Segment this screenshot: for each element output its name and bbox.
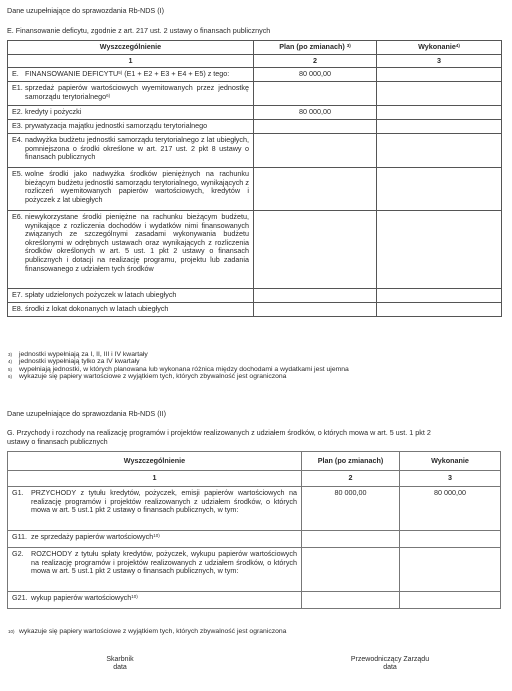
- row-text: PRZYCHODY z tytułu kredytów, pożyczek, e…: [31, 489, 297, 515]
- plan-value-cell: 80 000,00: [254, 68, 377, 82]
- row-code: G11.: [12, 533, 31, 542]
- plan-value-cell: [302, 592, 400, 609]
- footnote: 6)wykazuje się papiery wartościowe z wyj…: [8, 373, 286, 380]
- table-row: E4.nadwyżka budżetu jednostki samorządu …: [8, 134, 502, 168]
- table-row: E2.kredyty i pożyczki80 000,00: [8, 106, 502, 120]
- footnote-mark: 3): [8, 351, 19, 358]
- plan-value-cell: [254, 289, 377, 303]
- row-description-cell: E5.wolne środki jako nadwyżka środków pi…: [8, 168, 254, 211]
- column-header-description: Wyszczególnienie: [8, 452, 302, 471]
- footnote-mark: 4): [8, 358, 19, 365]
- row-code: E8.: [12, 305, 25, 314]
- execution-value-cell: [400, 592, 501, 609]
- plan-value-cell: 80 000,00: [302, 487, 400, 531]
- table-row: E8.środki z lokat dokonanych w latach ub…: [8, 303, 502, 317]
- signature-board-chairman: Przewodniczący Zarządu data: [330, 656, 450, 672]
- plan-value-cell: [254, 120, 377, 134]
- footnote-ref: 6): [106, 93, 110, 98]
- row-text: prywatyzacja majątku jednostki samorządu…: [25, 122, 249, 131]
- column-number-row: 1 2 3: [8, 471, 501, 487]
- table-row: G1.PRZYCHODY z tytułu kredytów, pożyczek…: [8, 487, 501, 531]
- footnote-ref: 10): [153, 533, 160, 538]
- row-label: E2.kredyty i pożyczki: [12, 106, 249, 118]
- row-code: E6.: [12, 213, 25, 273]
- plan-value-cell: [254, 211, 377, 289]
- section1-heading: Dane uzupełniające do sprawozdania Rb-ND…: [7, 6, 164, 15]
- row-description-cell: E7.spłaty udzielonych pożyczek w latach …: [8, 289, 254, 303]
- section2-heading: Dane uzupełniające do sprawozdania Rb-ND…: [7, 409, 166, 418]
- row-description-cell: E4.nadwyżka budżetu jednostki samorządu …: [8, 134, 254, 168]
- plan-value-cell: [254, 168, 377, 211]
- row-label: E5.wolne środki jako nadwyżka środków pi…: [12, 168, 249, 205]
- row-code: G1.: [12, 489, 31, 515]
- plan-value-cell: 80 000,00: [254, 106, 377, 120]
- footnote-ref: 10): [131, 594, 138, 599]
- row-description-cell: G1.PRZYCHODY z tytułu kredytów, pożyczek…: [8, 487, 302, 531]
- plan-value-cell: [254, 134, 377, 168]
- deficit-financing-table: Wyszczególnienie Plan (po zmianach) 3) W…: [7, 40, 502, 317]
- plan-value-cell: [302, 548, 400, 592]
- footnote: 10)wykazuje się papiery wartościowe z wy…: [8, 628, 286, 635]
- execution-value-cell: [377, 106, 502, 120]
- row-code: E2.: [12, 108, 25, 117]
- row-label: E6.niewykorzystane środki pieniężne na r…: [12, 211, 249, 274]
- footnote-mark: 10): [8, 628, 19, 635]
- table-row: E3.prywatyzacja majątku jednostki samorz…: [8, 120, 502, 134]
- row-code: G21.: [12, 594, 31, 603]
- column-header-execution: Wykonanie4): [377, 41, 502, 55]
- footnote-mark: 6): [8, 373, 19, 380]
- footnote: 4)jednostki wypełniają tylko za IV kwart…: [8, 358, 140, 365]
- row-text: wykup papierów wartościowych10): [31, 594, 297, 603]
- row-description-cell: E.FINANSOWANIE DEFICYTU5) (E1 + E2 + E3 …: [8, 68, 254, 82]
- signature-date-label: data: [80, 664, 160, 672]
- table-row: G11.ze sprzedaży papierów wartościowych1…: [8, 531, 501, 548]
- footnote-text: jednostki wypełniają tylko za IV kwartał…: [19, 358, 140, 365]
- row-label: E.FINANSOWANIE DEFICYTU5) (E1 + E2 + E3 …: [12, 68, 249, 80]
- row-description-cell: G11.ze sprzedaży papierów wartościowych1…: [8, 531, 302, 548]
- execution-value-cell: [377, 82, 502, 106]
- table-header-row: Wyszczególnienie Plan (po zmianach) 3) W…: [8, 41, 502, 55]
- footnote-text: wykazuje się papiery wartościowe z wyjąt…: [19, 373, 286, 380]
- row-description-cell: G21.wykup papierów wartościowych10): [8, 592, 302, 609]
- execution-value-cell: [377, 289, 502, 303]
- column-number-row: 1 2 3: [8, 55, 502, 68]
- row-text: kredyty i pożyczki: [25, 108, 249, 117]
- execution-value-cell: [377, 68, 502, 82]
- row-code: E.: [12, 70, 25, 79]
- row-label: G2.ROZCHODY z tytułu spłaty kredytów, po…: [12, 548, 297, 577]
- footnote-text: jednostki wypełniają za I, II, III i IV …: [19, 351, 148, 358]
- footnote-ref: 5): [118, 70, 122, 75]
- section2-title-line2: ustawy o finansach publicznych: [7, 437, 108, 446]
- signature-role: Przewodniczący Zarządu: [330, 656, 450, 664]
- signature-date-label: data: [330, 664, 450, 672]
- signature-role: Skarbnik: [80, 656, 160, 664]
- footnote-text: wypełniają jednostki, w których planowan…: [19, 366, 349, 373]
- row-text: sprzedaż papierów wartościowych wyemitow…: [25, 84, 249, 101]
- table-header-row: Wyszczególnienie Plan (po zmianach) Wyko…: [8, 452, 501, 471]
- row-code: E4.: [12, 136, 25, 162]
- row-description-cell: E1.sprzedaż papierów wartościowych wyemi…: [8, 82, 254, 106]
- programs-revenue-expense-table: Wyszczególnienie Plan (po zmianach) Wyko…: [7, 451, 501, 609]
- execution-value-cell: 80 000,00: [400, 487, 501, 531]
- column-header-description: Wyszczególnienie: [8, 41, 254, 55]
- column-header-plan: Plan (po zmianach) 3): [254, 41, 377, 55]
- row-label: E1.sprzedaż papierów wartościowych wyemi…: [12, 82, 249, 102]
- row-label: E4.nadwyżka budżetu jednostki samorządu …: [12, 134, 249, 163]
- row-label: E3.prywatyzacja majątku jednostki samorz…: [12, 120, 249, 132]
- footnote: 5)wypełniają jednostki, w których planow…: [8, 366, 349, 373]
- footnote-text: wykazuje się papiery wartościowe z wyjąt…: [19, 628, 286, 635]
- footnote: 3)jednostki wypełniają za I, II, III i I…: [8, 351, 148, 358]
- section2-title-line1: G. Przychody i rozchody na realizację pr…: [7, 428, 431, 437]
- row-text: ROZCHODY z tytułu spłaty kredytów, pożyc…: [31, 550, 297, 576]
- execution-value-cell: [377, 120, 502, 134]
- row-code: E1.: [12, 84, 25, 101]
- row-label: G1.PRZYCHODY z tytułu kredytów, pożyczek…: [12, 487, 297, 516]
- row-code: E7.: [12, 291, 25, 300]
- column-header-execution: Wykonanie: [400, 452, 501, 471]
- row-description-cell: E3.prywatyzacja majątku jednostki samorz…: [8, 120, 254, 134]
- section1-title: E. Finansowanie deficytu, zgodnie z art.…: [7, 26, 270, 35]
- row-text: spłaty udzielonych pożyczek w latach ubi…: [25, 291, 249, 300]
- execution-value-cell: [400, 531, 501, 548]
- row-code: E5.: [12, 170, 25, 204]
- row-code: E3.: [12, 122, 25, 131]
- execution-value-cell: [377, 134, 502, 168]
- execution-value-cell: [377, 303, 502, 317]
- row-text: niewykorzystane środki pieniężne na rach…: [25, 213, 249, 273]
- row-text: środki z lokat dokonanych w latach ubieg…: [25, 305, 249, 314]
- row-label: G11.ze sprzedaży papierów wartościowych1…: [12, 531, 297, 543]
- row-description-cell: G2.ROZCHODY z tytułu spłaty kredytów, po…: [8, 548, 302, 592]
- row-label: E7.spłaty udzielonych pożyczek w latach …: [12, 289, 249, 301]
- signature-treasurer: Skarbnik data: [80, 656, 160, 672]
- row-description-cell: E6.niewykorzystane środki pieniężne na r…: [8, 211, 254, 289]
- table-row: E7.spłaty udzielonych pożyczek w latach …: [8, 289, 502, 303]
- row-description-cell: E2.kredyty i pożyczki: [8, 106, 254, 120]
- row-label: G21.wykup papierów wartościowych10): [12, 592, 297, 604]
- plan-value-cell: [254, 82, 377, 106]
- row-description-cell: E8.środki z lokat dokonanych w latach ub…: [8, 303, 254, 317]
- table-row: E6.niewykorzystane środki pieniężne na r…: [8, 211, 502, 289]
- row-text: wolne środki jako nadwyżka środków pieni…: [25, 170, 249, 204]
- plan-value-cell: [254, 303, 377, 317]
- table-row: G2.ROZCHODY z tytułu spłaty kredytów, po…: [8, 548, 501, 592]
- table-row: E.FINANSOWANIE DEFICYTU5) (E1 + E2 + E3 …: [8, 68, 502, 82]
- execution-value-cell: [377, 211, 502, 289]
- execution-value-cell: [400, 548, 501, 592]
- plan-value-cell: [302, 531, 400, 548]
- row-text: FINANSOWANIE DEFICYTU5) (E1 + E2 + E3 + …: [25, 70, 249, 79]
- table-row: E1.sprzedaż papierów wartościowych wyemi…: [8, 82, 502, 106]
- column-header-plan: Plan (po zmianach): [302, 452, 400, 471]
- row-text: ze sprzedaży papierów wartościowych10): [31, 533, 297, 542]
- row-label: E8.środki z lokat dokonanych w latach ub…: [12, 303, 249, 315]
- table-row: G21.wykup papierów wartościowych10): [8, 592, 501, 609]
- execution-value-cell: [377, 168, 502, 211]
- row-text: nadwyżka budżetu jednostki samorządu ter…: [25, 136, 249, 162]
- footnote-mark: 5): [8, 366, 19, 373]
- row-code: G2.: [12, 550, 31, 576]
- table-row: E5.wolne środki jako nadwyżka środków pi…: [8, 168, 502, 211]
